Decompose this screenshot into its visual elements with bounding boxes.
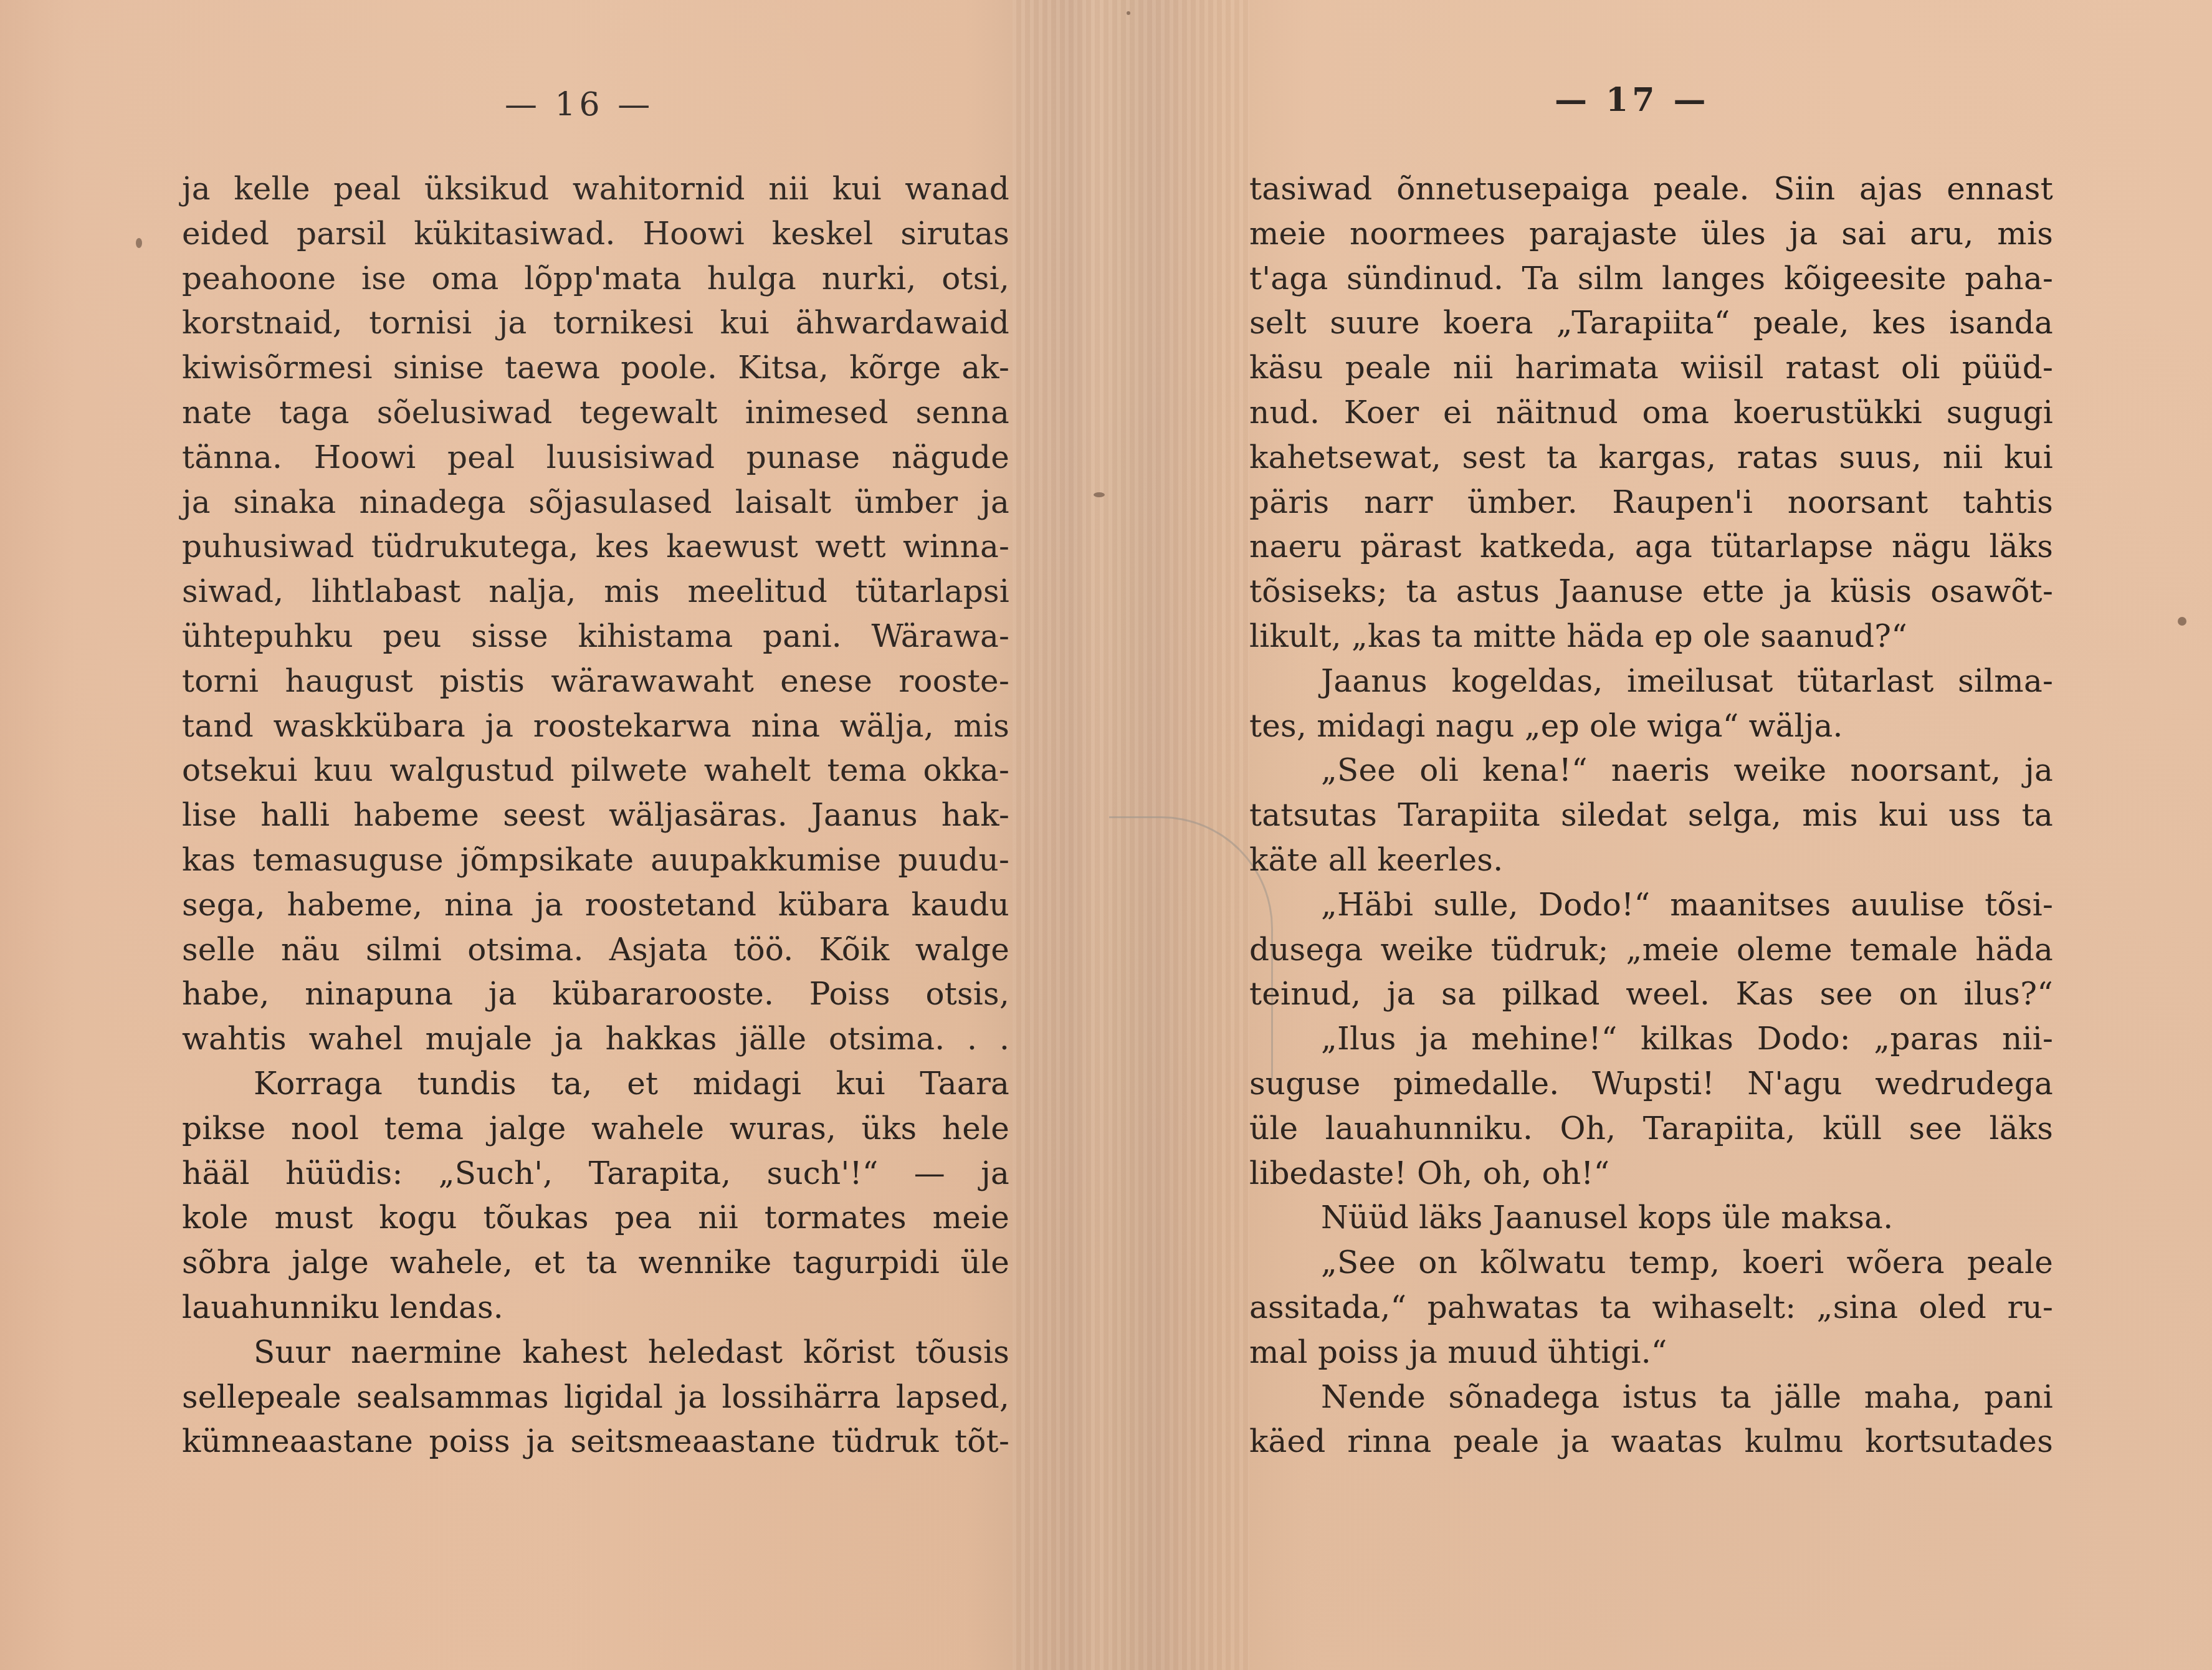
text-line: selle näu silmi otsima. Asjata töö. Kõik…	[182, 928, 1009, 973]
text-line: Suur naermine kahest heledast kõrist tõu…	[182, 1330, 1009, 1375]
ink-speck	[136, 238, 142, 248]
text-line: kiwisõrmesi sinise taewa poole. Kitsa, k…	[182, 346, 1009, 391]
text-line: assitada,“ pahwatas ta wihaselt: „sina o…	[1249, 1286, 2053, 1330]
text-line: nate taga sõelusiwad tegewalt inimesed s…	[182, 391, 1009, 436]
text-line: likult, „kas ta mitte häda ep ole saanud…	[1249, 614, 2053, 659]
text-line: korstnaid, tornisi ja tornikesi kui ähwa…	[182, 301, 1009, 346]
text-line: sega, habeme, nina ja roostetand kübara …	[182, 883, 1009, 928]
text-line: ja sinaka ninadega sõjasulased laisalt ü…	[182, 480, 1009, 525]
ink-speck	[1094, 492, 1105, 497]
text-line: „See on kõlwatu temp, koeri wõera peale	[1249, 1241, 2053, 1286]
text-line: tänna. Hoowi peal luusisiwad punase nägu…	[182, 436, 1009, 480]
text-line: selt suure koera „Tarapiita“ peale, kes …	[1249, 301, 2053, 346]
text-line: eided parsil kükitasiwad. Hoowi keskel s…	[182, 212, 1009, 257]
text-line: peahoone ise oma lõpp'mata hulga nurki, …	[182, 257, 1009, 302]
left-page-text: ja kelle peal üksikud wahitornid nii kui…	[182, 167, 1009, 1464]
page-number-left: — 16 —	[505, 86, 654, 123]
text-line: tatsutas Tarapiita siledat selga, mis ku…	[1249, 793, 2053, 838]
right-page: — 17 — tasiwad õnnetusepaiga peale. Siin…	[1221, 0, 2212, 1670]
text-line: kole must kogu tõukas pea nii tormates m…	[182, 1196, 1009, 1241]
text-line: teinud, ja sa pilkad weel. Kas see on il…	[1249, 972, 2053, 1017]
text-line: Nende sõnadega istus ta jälle maha, pani	[1249, 1375, 2053, 1420]
text-line: „Häbi sulle, Dodo!“ maanitses auulise tõ…	[1249, 883, 2053, 928]
text-line: ühtepuhku peu sisse kihistama pani. Wära…	[182, 614, 1009, 659]
ink-speck	[2178, 617, 2186, 626]
text-line: kümneaastane poiss ja seitsmeaastane tüd…	[182, 1419, 1009, 1464]
text-line: ja kelle peal üksikud wahitornid nii kui…	[182, 167, 1009, 212]
text-line: käte all keerles.	[1249, 838, 2053, 883]
text-line: päris narr ümber. Raupen'i noorsant taht…	[1249, 480, 2053, 525]
text-line: sellepeale sealsammas ligidal ja lossihä…	[182, 1375, 1009, 1420]
text-line: kahetsewat, sest ta kargas, ratas suus, …	[1249, 436, 2053, 480]
text-line: dusega weike tüdruk; „meie oleme temale …	[1249, 928, 2053, 973]
text-line: torni haugust pistis wärawawaht enese ro…	[182, 659, 1009, 704]
text-line: siwad, lihtlabast nalja, mis meelitud tü…	[182, 570, 1009, 614]
text-line: üle lauahunniku. Oh, Tarapiita, küll see…	[1249, 1107, 2053, 1152]
text-line: Korraga tundis ta, et midagi kui Taara	[182, 1062, 1009, 1107]
text-line: libedaste! Oh, oh, oh!“	[1249, 1152, 2053, 1196]
left-page: — 16 — ja kelle peal üksikud wahitornid …	[0, 0, 1022, 1670]
text-line: hääl hüüdis: „Such', Tarapita, such'!“ —…	[182, 1152, 1009, 1196]
text-line: pikse nool tema jalge wahele wuras, üks …	[182, 1107, 1009, 1152]
text-line: kas temasuguse jõmpsikate auupakkumise p…	[182, 838, 1009, 883]
text-line: mal poiss ja muud ühtigi.“	[1249, 1330, 2053, 1375]
text-line: puhusiwad tüdrukutega, kes kaewust wett …	[182, 525, 1009, 570]
text-line: tes, midagi nagu „ep ole wiga“ wälja.	[1249, 704, 2053, 749]
text-line: suguse pimedalle. Wupsti! N'agu wedrudeg…	[1249, 1062, 2053, 1107]
text-line: tõsiseks; ta astus Jaanuse ette ja küsis…	[1249, 570, 2053, 614]
text-line: lise halli habeme seest wäljasäras. Jaan…	[182, 793, 1009, 838]
text-line: t'aga sündinud. Ta silm langes kõigeesit…	[1249, 257, 2053, 302]
book-spread: — 16 — ja kelle peal üksikud wahitornid …	[0, 0, 2212, 1670]
text-line: „Ilus ja mehine!“ kilkas Dodo: „paras ni…	[1249, 1017, 2053, 1062]
text-line: sõbra jalge wahele, et ta wennike tagurp…	[182, 1241, 1009, 1286]
ink-speck	[1127, 11, 1130, 15]
text-line: käsu peale nii harimata wiisil ratast ol…	[1249, 346, 2053, 391]
text-line: lauahunniku lendas.	[182, 1286, 1009, 1330]
text-line: „See oli kena!“ naeris weike noorsant, j…	[1249, 748, 2053, 793]
text-line: nud. Koer ei näitnud oma koerustükki sug…	[1249, 391, 2053, 436]
text-line: Jaanus kogeldas, imeilusat tütarlast sil…	[1249, 659, 2053, 704]
text-line: otsekui kuu walgustud pilwete wahelt tem…	[182, 748, 1009, 793]
text-line: habe, ninapuna ja kübararooste. Poiss ot…	[182, 972, 1009, 1017]
page-number-right: — 17 —	[1555, 81, 1710, 119]
text-line: käed rinna peale ja waatas kulmu kortsut…	[1249, 1419, 2053, 1464]
text-line: Nüüd läks Jaanusel kops üle maksa.	[1249, 1196, 2053, 1241]
text-line: wahtis wahel mujale ja hakkas jälle otsi…	[182, 1017, 1009, 1062]
text-line: naeru pärast katkeda, aga tütarlapse näg…	[1249, 525, 2053, 570]
text-line: tasiwad õnnetusepaiga peale. Siin ajas e…	[1249, 167, 2053, 212]
text-line: meie noormees parajaste üles ja sai aru,…	[1249, 212, 2053, 257]
text-line: tand waskkübara ja roostekarwa nina wälj…	[182, 704, 1009, 749]
right-page-text: tasiwad õnnetusepaiga peale. Siin ajas e…	[1249, 167, 2053, 1464]
